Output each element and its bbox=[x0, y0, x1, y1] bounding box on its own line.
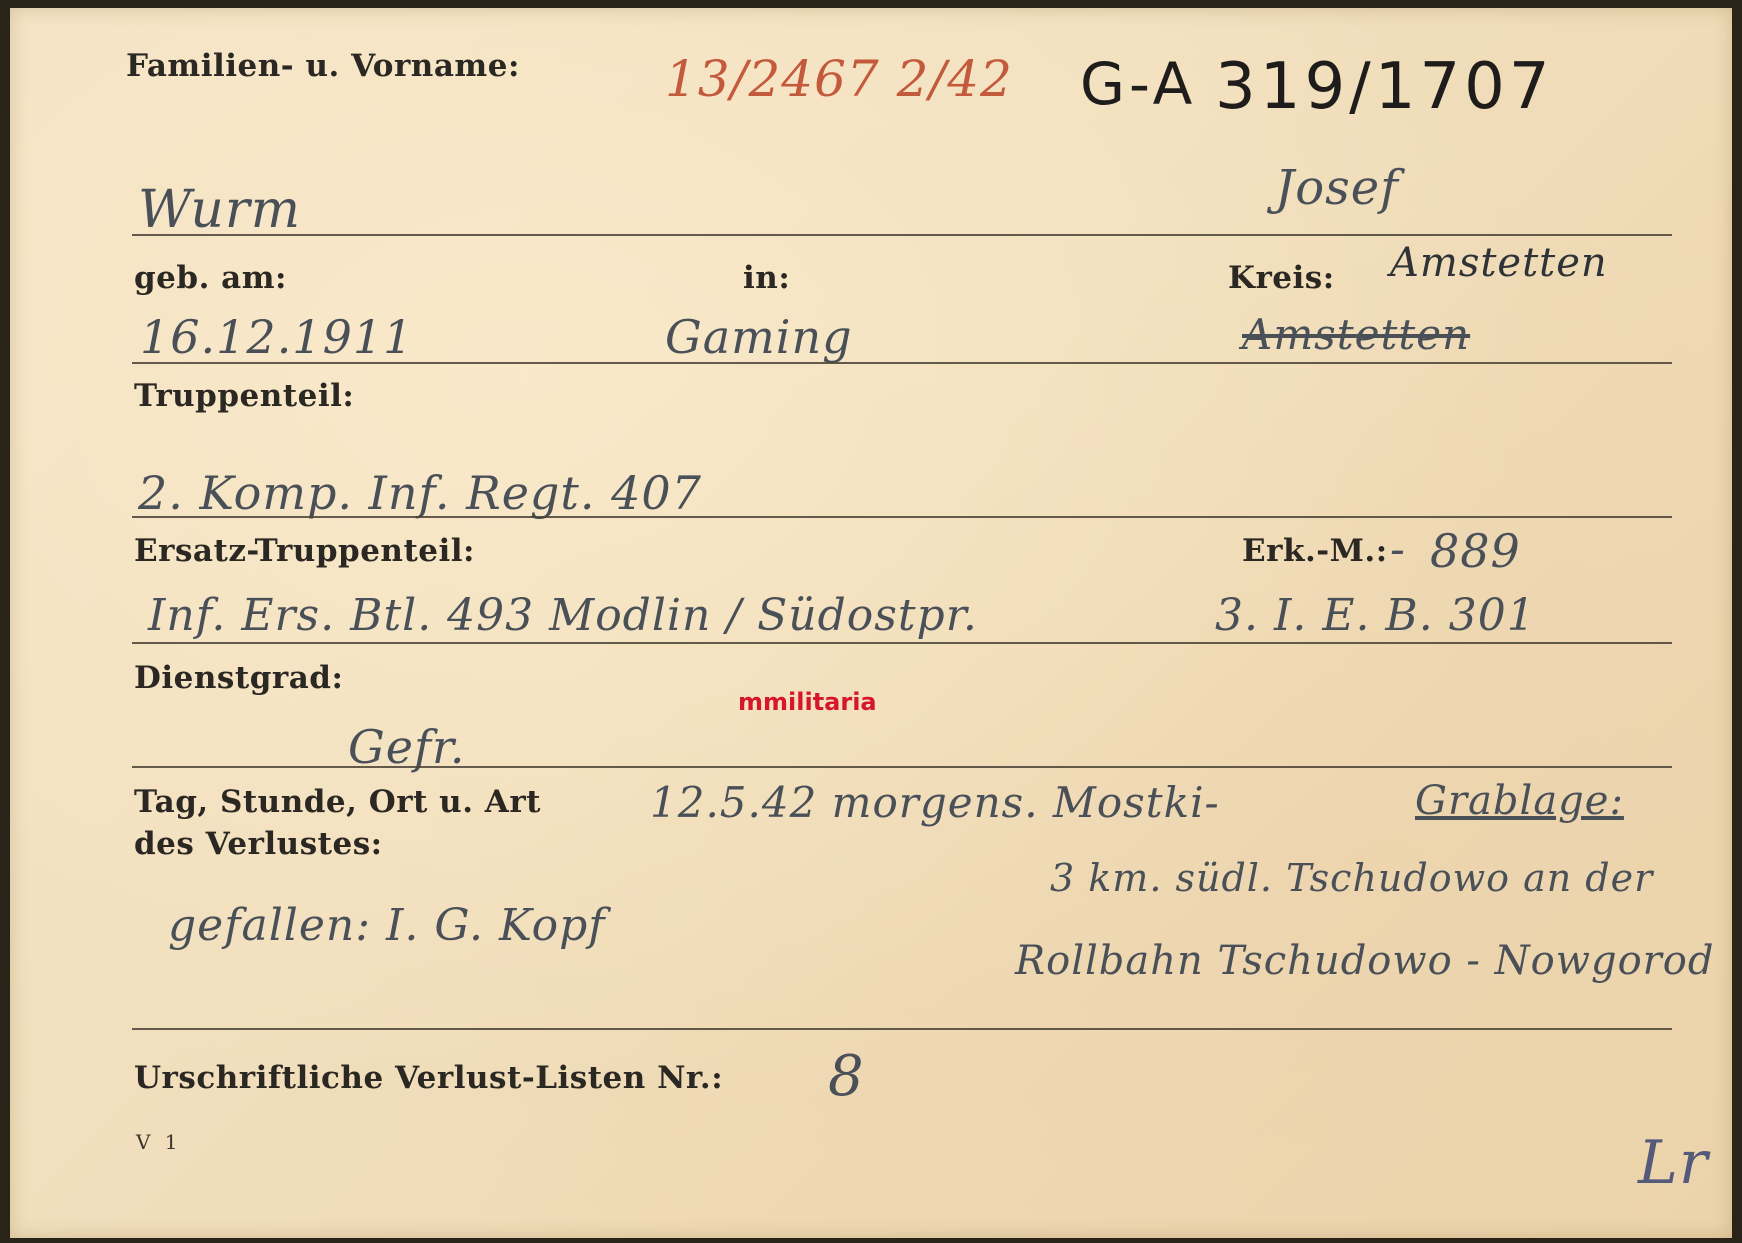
entry-loss-grave-label: Grablage: bbox=[1415, 778, 1624, 824]
watermark: mmilitaria bbox=[738, 688, 877, 716]
entry-loss-date-place: 12.5.42 morgens. Mostki- bbox=[650, 778, 1220, 827]
entry-district-crossed-out: Amstetten bbox=[1242, 310, 1470, 359]
rule-loss bbox=[132, 1028, 1672, 1030]
rule-name bbox=[132, 234, 1672, 236]
rule-birth bbox=[132, 362, 1672, 364]
label-birth-place: in: bbox=[743, 260, 790, 296]
label-id-tag: Erk.-M.: bbox=[1242, 533, 1388, 569]
casualty-index-card: Familien- u. Vorname: 13/2467 2/42 G-A 3… bbox=[10, 8, 1732, 1238]
entry-birth-place: Gaming bbox=[665, 310, 853, 364]
label-loss-line1: Tag, Stunde, Ort u. Art bbox=[134, 784, 541, 820]
form-code: V 1 bbox=[136, 1130, 182, 1154]
entry-unit: 2. Komp. Inf. Regt. 407 bbox=[138, 466, 702, 520]
entry-birth-date: 16.12.1911 bbox=[140, 310, 413, 364]
entry-loss-location-2: Rollbahn Tschudowo - Nowgorod bbox=[1015, 938, 1714, 984]
entry-surname: Wurm bbox=[138, 180, 301, 240]
entry-replacement-unit: Inf. Ers. Btl. 493 Modlin / Südostpr. bbox=[148, 590, 978, 641]
initial-mark: Lr bbox=[1638, 1128, 1709, 1198]
entry-loss-type: gefallen: I. G. Kopf bbox=[168, 900, 606, 951]
label-name: Familien- u. Vorname: bbox=[126, 48, 520, 84]
entry-loss-location-1: 3 km. südl. Tschudowo an der bbox=[1050, 856, 1653, 900]
entry-id-tag-prefix: - bbox=[1390, 524, 1406, 575]
entry-replacement-unit-2: 3. I. E. B. 301 bbox=[1215, 590, 1536, 641]
red-reference-number: 13/2467 2/42 bbox=[665, 50, 1013, 108]
label-rank: Dienstgrad: bbox=[134, 660, 343, 696]
rule-replacement-unit bbox=[132, 642, 1672, 644]
label-loss-line2: des Verlustes: bbox=[134, 826, 383, 862]
entry-district-correction: Amstetten bbox=[1390, 240, 1608, 286]
label-unit: Truppenteil: bbox=[134, 378, 354, 414]
label-replacement-unit: Ersatz-Truppenteil: bbox=[134, 533, 475, 569]
rule-unit bbox=[132, 516, 1672, 518]
label-loss-list: Urschriftliche Verlust-Listen Nr.: bbox=[134, 1060, 723, 1096]
label-birth-date: geb. am: bbox=[134, 260, 287, 296]
stamp-prefix: G-A bbox=[1080, 50, 1196, 118]
rule-rank bbox=[132, 766, 1672, 768]
label-district: Kreis: bbox=[1228, 260, 1335, 296]
stamp-number: 319/1707 bbox=[1215, 50, 1554, 124]
entry-id-tag-number: 889 bbox=[1430, 524, 1521, 578]
entry-loss-list-number: 8 bbox=[828, 1044, 865, 1109]
entry-first-name: Josef bbox=[1275, 160, 1399, 216]
